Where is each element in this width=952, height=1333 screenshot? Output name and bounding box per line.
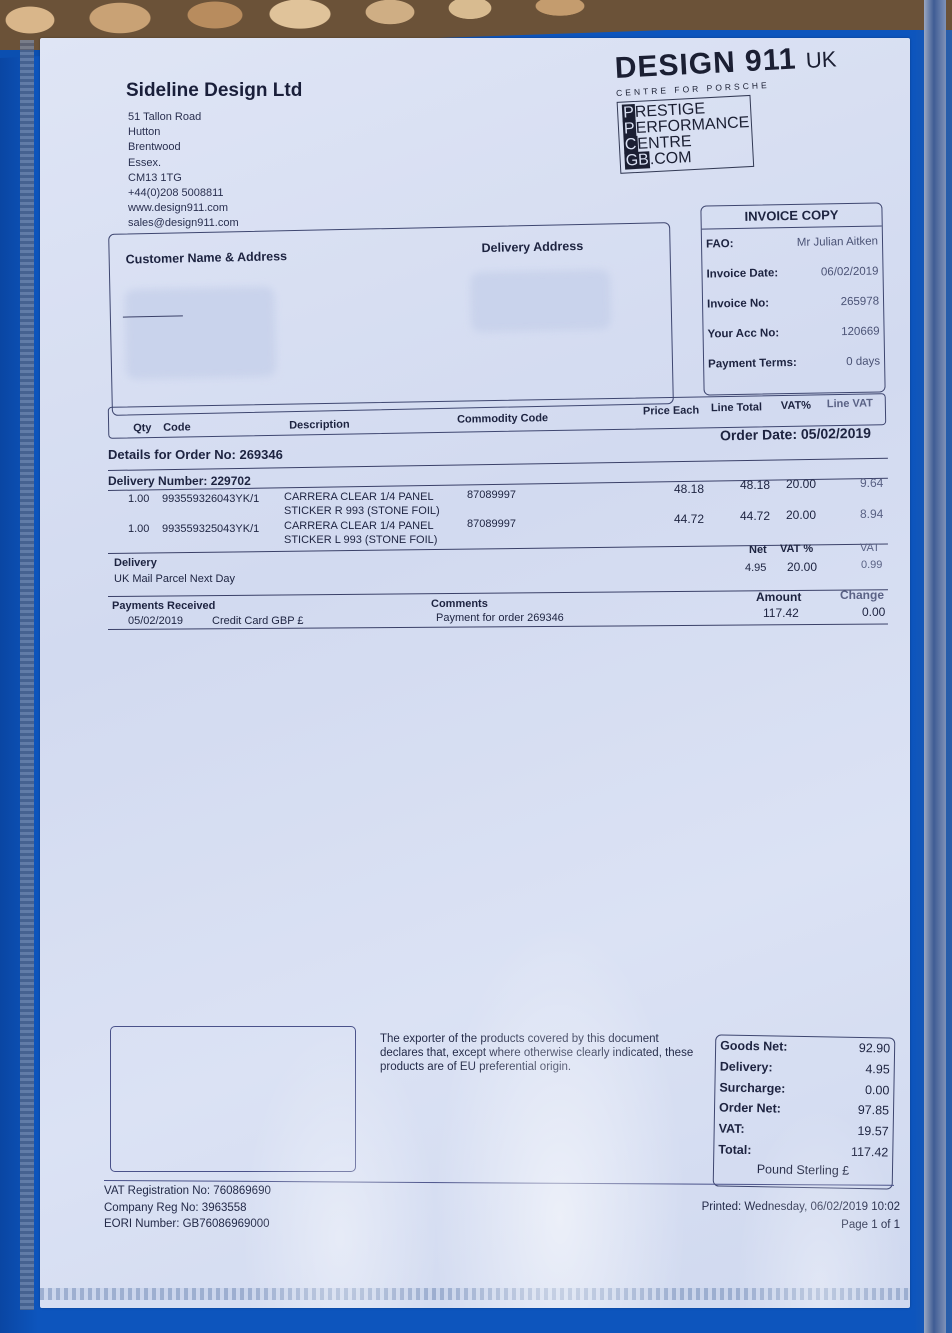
item-commodity-code: 87089997	[467, 489, 516, 501]
col-code: Code	[163, 421, 191, 433]
ppc-word: .COM	[649, 149, 692, 168]
address-line: 51 Tallon Road	[128, 110, 239, 125]
comments-label: Comments	[431, 598, 488, 610]
field-value: 0 days	[846, 355, 880, 368]
payments-label: Payments Received	[112, 600, 215, 612]
company-name: Sideline Design Ltd	[126, 80, 302, 102]
col-qty: Qty	[133, 422, 152, 434]
company-address: 51 Tallon Road Hutton Brentwood Essex. C…	[128, 110, 239, 232]
address-line: Hutton	[128, 125, 239, 140]
redacted-customer-address	[124, 286, 276, 379]
item-line-total: 48.18	[740, 478, 770, 492]
item-line-total: 44.72	[740, 509, 770, 523]
email: sales@design911.com	[128, 216, 239, 231]
item-commodity-code: 87089997	[467, 518, 516, 530]
customer-address-label: Customer Name & Address	[126, 249, 288, 266]
field-label: Payment Terms:	[708, 357, 797, 371]
sleeve-edge	[40, 1288, 910, 1300]
item-code: 993559326043YK/1	[162, 493, 259, 505]
field-label: Invoice Date:	[706, 267, 778, 280]
invoice-copy-title: INVOICE COPY	[701, 203, 881, 229]
total-value: 92.90	[859, 1041, 891, 1056]
folder-binding	[20, 40, 34, 1310]
total-value: 19.57	[857, 1124, 889, 1139]
order-date: Order Date: 05/02/2019	[720, 425, 871, 444]
payment-date: 05/02/2019	[128, 615, 183, 627]
field-label: Your Acc No:	[708, 327, 780, 340]
delivery-method: UK Mail Parcel Next Day	[114, 573, 235, 585]
delivery-net-label: Net	[749, 544, 767, 556]
design911-logo: DESIGN 911 UK CENTRE FOR PORSCHE PRESTIG…	[614, 40, 842, 173]
delivery-vat-pct: 20.00	[787, 560, 817, 574]
item-qty: 1.00	[128, 523, 149, 535]
item-description: CARRERA CLEAR 1/4 PANEL	[284, 520, 434, 532]
total-value: 97.85	[858, 1103, 890, 1118]
field-value: 265978	[841, 295, 880, 308]
total-value: 4.95	[865, 1062, 890, 1076]
vat-registration: VAT Registration No: 760869690	[104, 1183, 271, 1200]
total-label: VAT:	[719, 1122, 745, 1136]
total-label: Delivery:	[720, 1060, 773, 1075]
item-code: 993559325043YK/1	[162, 523, 259, 535]
field-value: Mr Julian Aitken	[797, 236, 878, 249]
order-number: Details for Order No: 269346	[108, 447, 283, 462]
totals-box: Goods Net:92.90 Delivery:4.95 Surcharge:…	[713, 1034, 896, 1189]
payment-method: Credit Card GBP £	[212, 615, 304, 627]
col-commodity-code: Commodity Code	[457, 412, 548, 426]
invoice-date-row: Invoice Date:06/02/2019	[702, 256, 882, 289]
phone-number: +44(0)208 5008811	[128, 186, 239, 201]
delivery-number: Delivery Number: 229702	[108, 474, 251, 488]
ppc-logo: PRESTIGE PERFORMANCE CENTRE GB.COM	[617, 95, 755, 174]
redacted-delivery-address	[470, 269, 611, 332]
item-price-each: 44.72	[674, 512, 704, 526]
total-label: Goods Net:	[720, 1039, 788, 1054]
total-value: 0.00	[865, 1083, 890, 1097]
folder-edge	[924, 0, 946, 1333]
ppc-initial: P	[622, 104, 636, 122]
printed-timestamp: Printed: Wednesday, 06/02/2019 10:02	[640, 1198, 900, 1216]
grand-total-row: Total:117.42	[714, 1139, 892, 1163]
delivery-address-label: Delivery Address	[481, 239, 583, 255]
address-box: Customer Name & Address Delivery Address	[108, 222, 674, 416]
field-value: 06/02/2019	[821, 266, 879, 279]
payment-change: 0.00	[862, 605, 885, 619]
col-line-total: Line Total	[711, 401, 762, 414]
col-line-vat: Line VAT	[827, 397, 873, 410]
item-description: CARRERA CLEAR 1/4 PANEL	[284, 491, 434, 503]
ppc-initial: C	[623, 136, 637, 154]
delivery-net: 4.95	[745, 562, 766, 574]
eori-number: EORI Number: GB76086969000	[104, 1216, 271, 1233]
fao-row: FAO:Mr Julian Aitken	[702, 226, 882, 259]
payment-terms-row: Payment Terms:0 days	[704, 346, 884, 379]
total-value: 117.42	[851, 1145, 889, 1160]
item-line-vat: 8.94	[860, 507, 883, 521]
payment-comment: Payment for order 269346	[436, 612, 564, 624]
item-qty: 1.00	[128, 493, 149, 505]
address-line: CM13 1TG	[128, 171, 239, 186]
delivery-label: Delivery	[114, 557, 157, 569]
col-price-each: Price Each	[643, 404, 699, 417]
field-label: FAO:	[706, 238, 734, 250]
page-number: Page 1 of 1	[640, 1216, 900, 1234]
company-registration: Company Reg No: 3963558	[104, 1200, 271, 1217]
invoice-info-box: INVOICE COPY FAO:Mr Julian Aitken Invoic…	[700, 202, 885, 395]
address-line: Essex.	[128, 156, 239, 171]
item-vat-pct: 20.00	[786, 508, 816, 522]
total-label: Total:	[718, 1142, 751, 1157]
payment-amount: 117.42	[763, 606, 799, 620]
item-description-2: STICKER L 993 (STONE FOIL)	[284, 534, 437, 546]
print-info: Printed: Wednesday, 06/02/2019 10:02 Pag…	[640, 1198, 900, 1234]
total-label: Surcharge:	[719, 1080, 785, 1095]
change-label: Change	[840, 588, 884, 602]
delivery-vat-pct-label: VAT %	[780, 543, 813, 555]
currency-label: Pound Sterling £	[714, 1162, 892, 1179]
invoice-no-row: Invoice No:265978	[703, 286, 883, 319]
item-price-each: 48.18	[674, 482, 704, 496]
registration-info: VAT Registration No: 760869690 Company R…	[104, 1183, 271, 1233]
address-line: Brentwood	[128, 140, 239, 155]
blank-box	[110, 1026, 356, 1172]
col-description: Description	[289, 419, 350, 432]
ppc-initial: P	[623, 120, 637, 138]
amount-label: Amount	[756, 590, 801, 604]
field-label: Invoice No:	[707, 297, 769, 310]
ppc-initial: GB	[624, 151, 650, 169]
field-value: 120669	[841, 325, 880, 338]
total-label: Order Net:	[719, 1101, 781, 1116]
item-description-2: STICKER R 993 (STONE FOIL)	[284, 505, 440, 517]
col-vat-pct: VAT%	[781, 400, 811, 413]
item-line-vat: 9.64	[860, 476, 883, 490]
delivery-vat: 0.99	[861, 559, 882, 571]
account-no-row: Your Acc No:120669	[703, 316, 883, 349]
item-vat-pct: 20.00	[786, 477, 816, 491]
delivery-vat-label: VAT	[860, 542, 880, 554]
export-declaration: The exporter of the products covered by …	[380, 1032, 700, 1074]
logo-suffix: UK	[805, 46, 837, 73]
website: www.design911.com	[128, 201, 239, 216]
